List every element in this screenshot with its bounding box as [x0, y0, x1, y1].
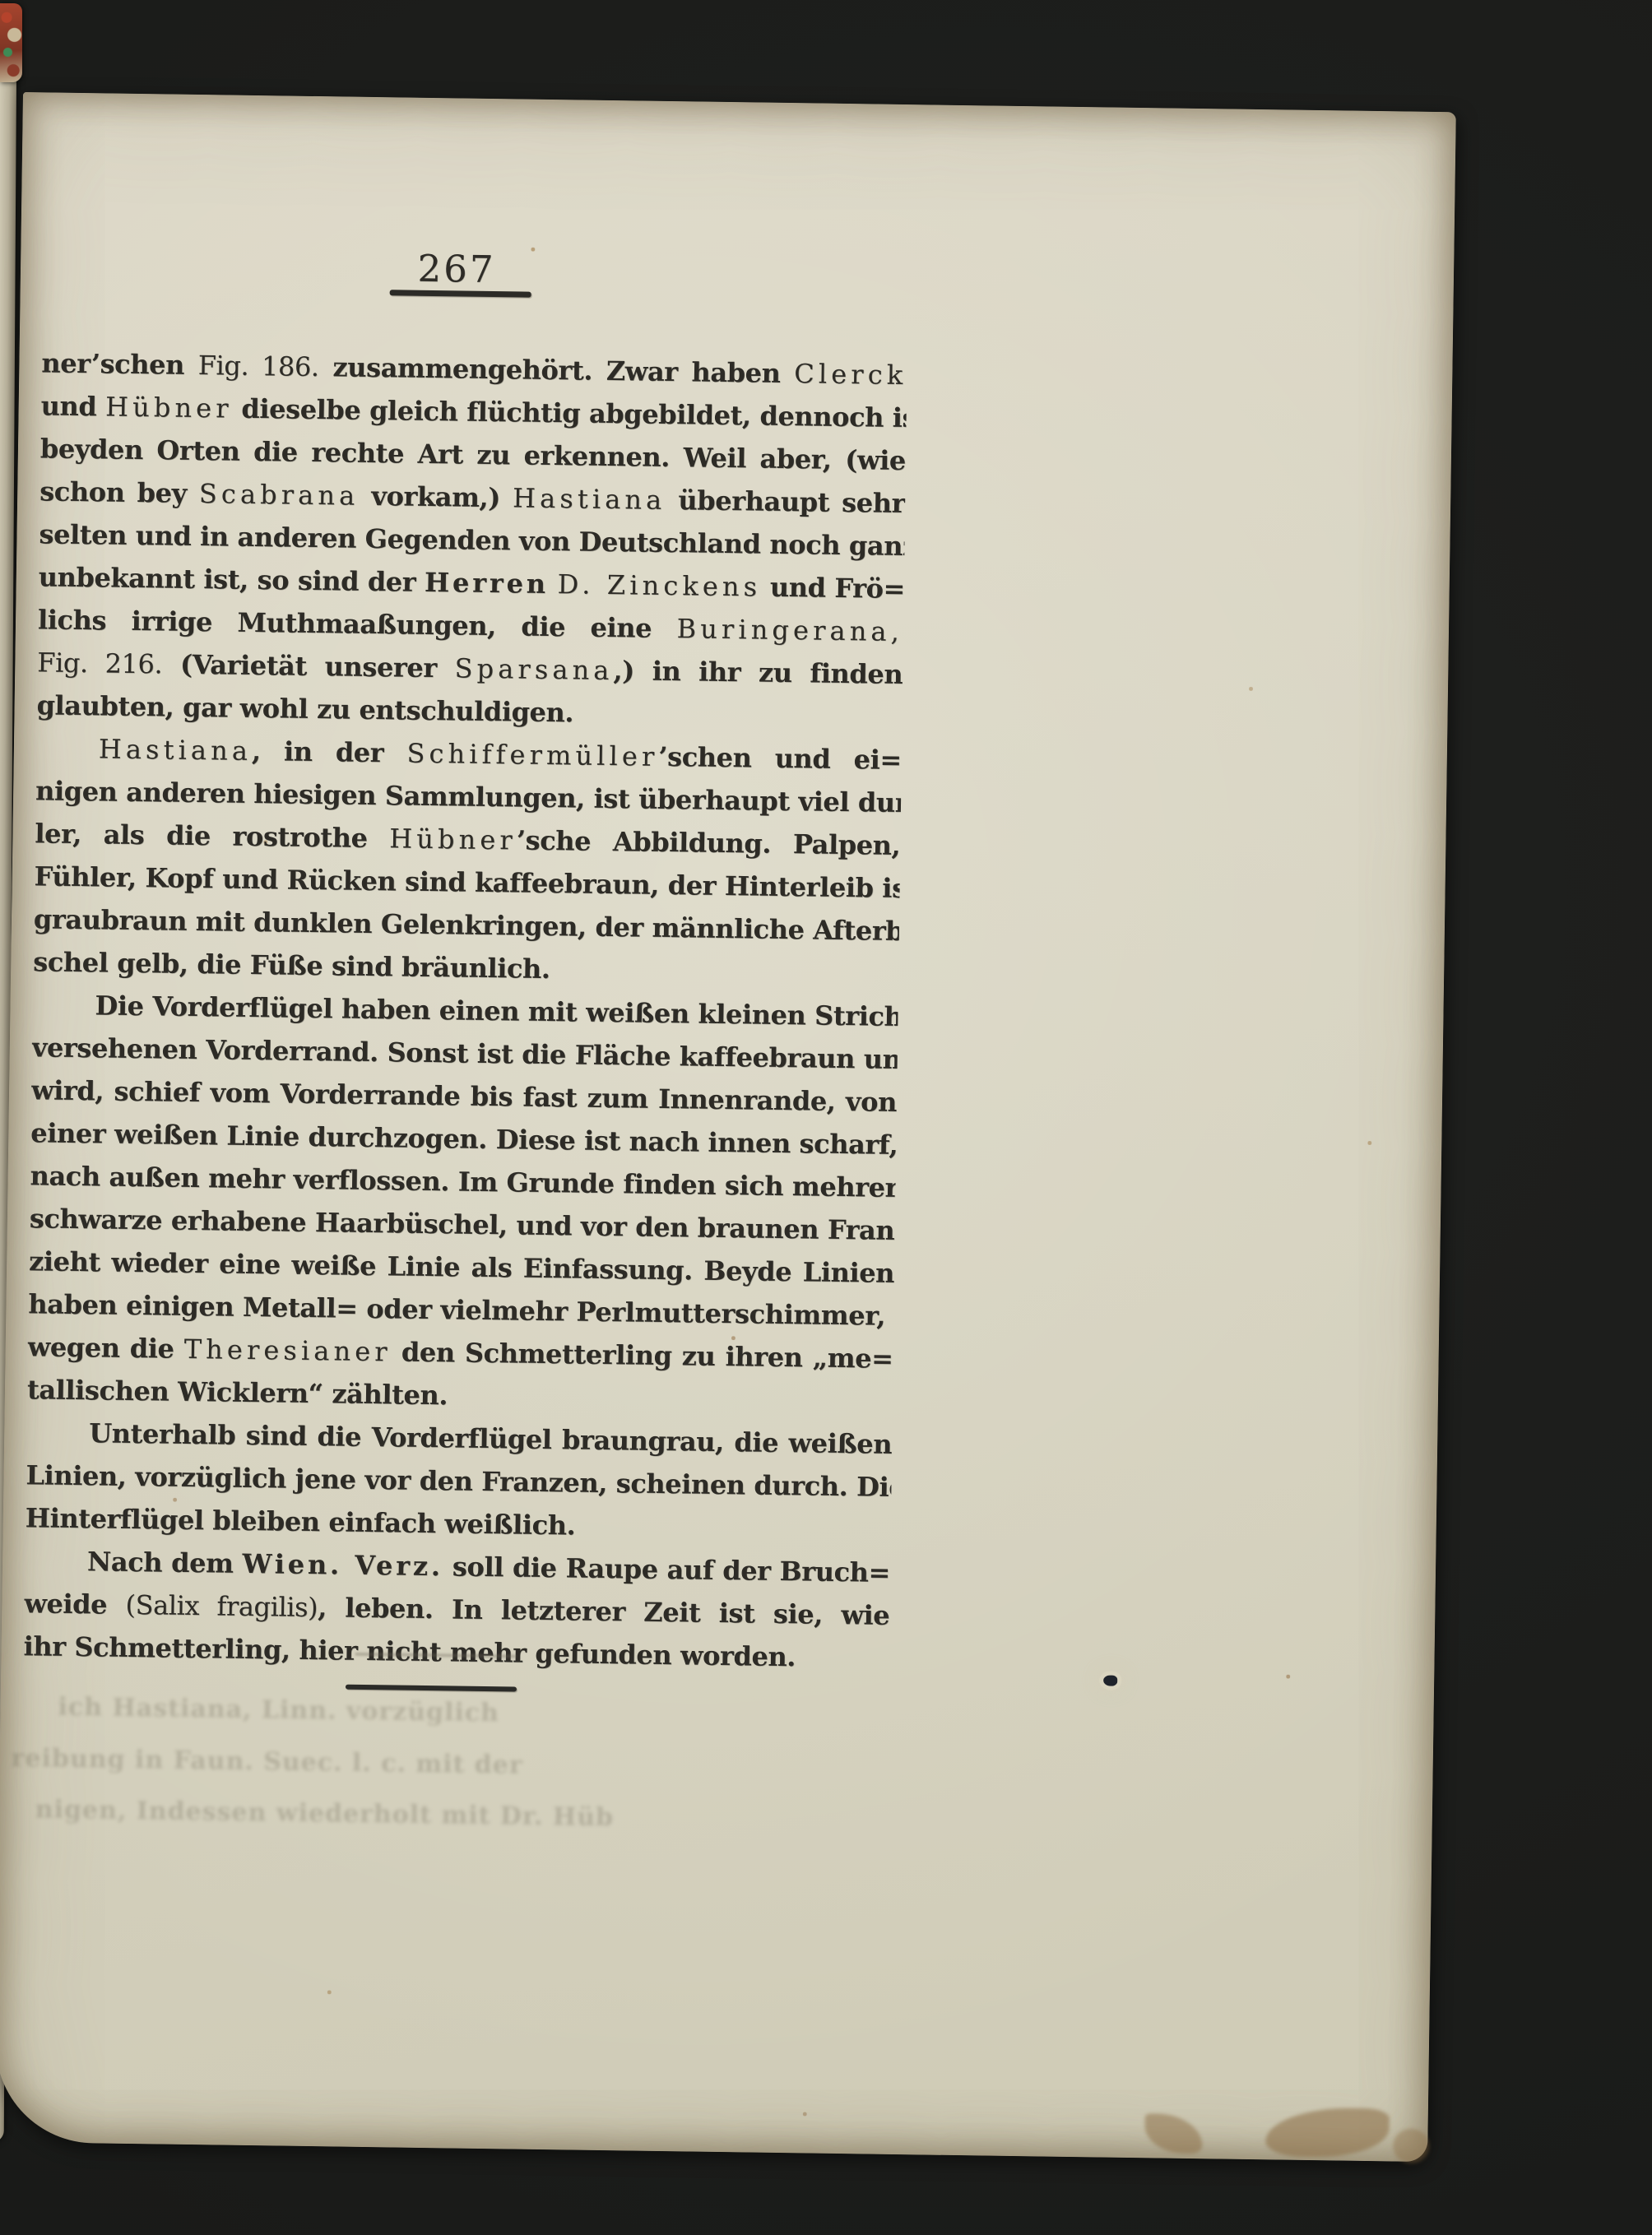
ghost-text-line: reibung in Faun. Suec. l. c. mit der [11, 1744, 522, 1780]
text-segment: , leben. In letzterer Zeit ist sie, wie [318, 1592, 890, 1631]
text-segment: wegen die [27, 1331, 184, 1365]
ink-spot [1103, 1676, 1117, 1686]
body-text: ner’schen Fig. 186. zusammengehört. Zwar… [23, 341, 907, 1680]
paper-stain [1144, 2113, 1203, 2154]
text-segment: ler, als die rostrothe [35, 818, 389, 854]
text-segment: ner’schen [41, 347, 198, 381]
text-segment: Hinterflügel bleiben einfach weißlich. [26, 1502, 576, 1541]
text-segment: ’schen und ei= [658, 741, 902, 776]
text-segment: schon bey [39, 475, 199, 509]
text-segment: (Varietät unserer [162, 648, 455, 684]
text-segment: Wien. Verz. [242, 1548, 443, 1582]
text-segment: haben einigen Metall= oder vielmehr Perl… [28, 1288, 894, 1333]
paper-stain [1265, 2107, 1390, 2158]
text-segment: Clerck [794, 358, 907, 391]
text-segment: wird, schief vom Vorderrande bis fast zu… [31, 1074, 897, 1118]
text-segment: Hastiana [513, 482, 666, 516]
text-segment: (Salix fragilis) [125, 1589, 318, 1623]
text-segment: Hübner [105, 391, 233, 424]
text-segment: Schiffermüller [406, 738, 658, 772]
text-segment: tallischen Wicklern“ zählten. [27, 1374, 448, 1411]
text-segment: überhaupt sehr [666, 485, 905, 519]
scanned-book-photo: { "page": { "number": "267", "paragraphs… [0, 0, 1652, 2235]
text-segment: Nach dem [87, 1546, 243, 1579]
text-segment: Herren [425, 567, 550, 600]
text-segment: schel gelb, die Füße sind bräunlich. [33, 946, 550, 985]
paper-stain [1393, 2128, 1430, 2163]
text-segment: Fig. 216. [37, 647, 162, 679]
page-number: 267 [374, 247, 540, 292]
text-segment: ,) in ihr zu finden [613, 655, 903, 690]
marbled-cover-edge [0, 3, 22, 82]
text-segment: Fig. 186. [197, 350, 318, 383]
text-segment: vorkam,) [359, 480, 513, 514]
text-segment: Theresianer [183, 1333, 392, 1368]
text-segment: versehenen Vorderrand. Sonst ist die Flä… [32, 1032, 898, 1075]
text-segment: Linien, vorzüglich jene vor den Franzen,… [26, 1459, 892, 1503]
page-number-rule [390, 290, 531, 297]
text-segment: Fühler, Kopf und Rücken sind kaffeebraun… [34, 860, 900, 904]
text-segment: selten und in anderen Gegenden von Deuts… [39, 518, 905, 562]
text-segment: ’sche Abbildung. Palpen, [517, 824, 901, 861]
ghost-text-line: ich Hastiana, Linn. vorzüglich [58, 1693, 499, 1727]
text-segment: ihr Schmetterling, hier nicht mehr gefun… [23, 1630, 796, 1672]
text-segment: den Schmetterling zu ihren „me= [391, 1336, 893, 1375]
text-segment: unbekannt ist, so sind der [39, 561, 425, 598]
text-segment: Hastiana [99, 733, 253, 767]
text-segment: Hübner [389, 823, 517, 856]
ghost-text-line: nigen, Indessen wiederholt mit Dr. Hüb [35, 1795, 615, 1832]
text-segment: D. Zinckens [557, 568, 761, 602]
book-page: 267 ner’schen Fig. 186. zusammengehört. … [0, 92, 1456, 2162]
text-segment: Unterhalb sind die Vorderflügel braungra… [89, 1417, 892, 1460]
text-segment: zieht wieder eine weiße Linie als Einfas… [29, 1245, 894, 1289]
text-segment: beyden Orten die rechte Art zu erkennen.… [40, 433, 906, 476]
text-segment: Buringerana, [676, 613, 903, 647]
text-segment: einer weißen Linie durchzogen. Diese ist… [30, 1117, 897, 1161]
text-segment: Die Vorderflügel haben einen mit weißen … [95, 990, 898, 1032]
text-segment [549, 568, 558, 600]
text-segment: weide [24, 1588, 126, 1621]
text-segment: dieselbe gleich flüchtig abgebildet, den… [232, 393, 907, 435]
show-through-text: ich Hastiana, Linn. vorzüglichreibung in… [23, 92, 1456, 112]
text-segment: und [40, 390, 105, 422]
text-segment: glaubten, gar wohl zu entschuldigen. [36, 689, 573, 728]
text-segment: Scabrana [199, 478, 360, 512]
text-segment: schwarze erhabene Haarbüschel, und vor d… [30, 1203, 896, 1247]
closing-rule [346, 1685, 517, 1692]
text-segment: Sparsana [454, 652, 613, 686]
text-segment: zusammengehört. Zwar haben [318, 351, 794, 389]
text-segment: und Frö= [761, 572, 904, 605]
text-segment: nigen anderen hiesigen Sammlungen, ist ü… [35, 775, 902, 819]
text-segment: nach außen mehr verflossen. Im Grunde fi… [30, 1160, 896, 1203]
text-segment: graubraun mit dunklen Gelenkringen, der … [34, 903, 900, 947]
text-segment: , in der [252, 735, 407, 769]
text-segment: lichs irrige Muthmaaßungen, die eine [38, 604, 677, 644]
text-segment: soll die Raupe auf der Bruch= [443, 1551, 891, 1588]
